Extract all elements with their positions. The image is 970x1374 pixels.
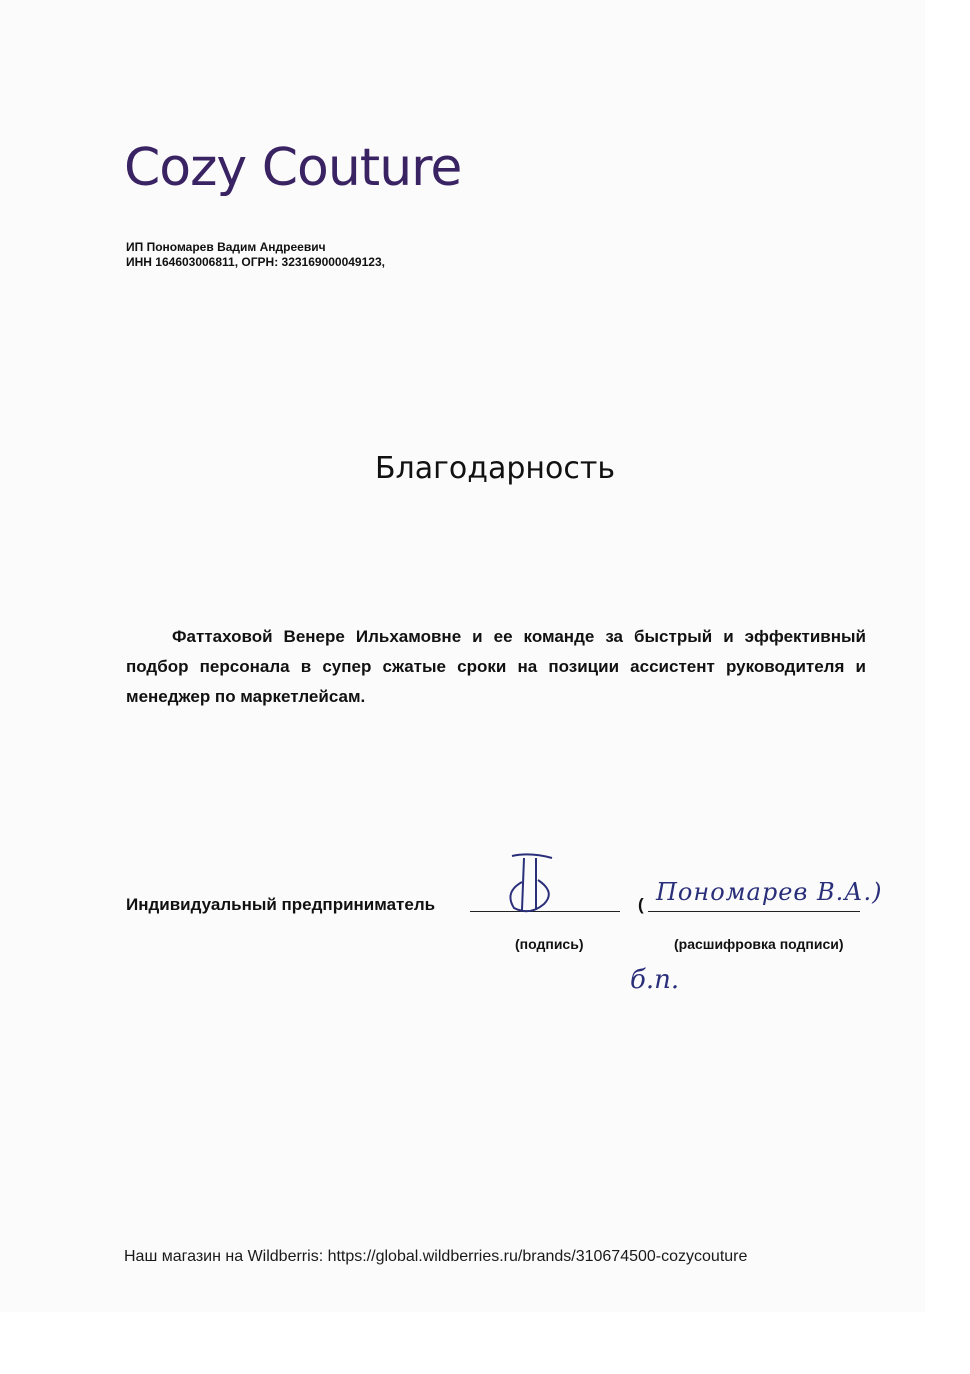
handwritten-name: Пономарев В.А.) [656, 878, 882, 906]
paren-open: ( [638, 895, 644, 915]
document-body: Фаттаховой Венере Ильхамовне и ее команд… [126, 622, 866, 712]
paren-close: ) [872, 878, 882, 906]
company-details: ИП Пономарев Вадим Андреевич ИНН 1646030… [126, 240, 385, 270]
name-line [648, 911, 860, 912]
document-title: Благодарность [0, 451, 970, 486]
caption-signature: (подпись) [515, 936, 584, 952]
owner-line: ИП Пономарев Вадим Андреевич [126, 240, 385, 255]
registration-line: ИНН 164603006811, ОГРН: 323169000049123, [126, 255, 385, 270]
handwritten-signature-icon [500, 852, 560, 914]
footer-store-link: Наш магазин на Wildberris: https://globa… [124, 1248, 747, 1266]
signer-role: Индивидуальный предприниматель [126, 895, 435, 915]
caption-name: (расшифровка подписи) [674, 936, 844, 952]
handwritten-name-text: Пономарев В.А. [656, 878, 872, 906]
stamp-note: б.п. [630, 965, 679, 995]
document-page: Cozy Couture ИП Пономарев Вадим Андрееви… [0, 0, 925, 1312]
brand-logo-text: Cozy Couture [124, 138, 461, 198]
